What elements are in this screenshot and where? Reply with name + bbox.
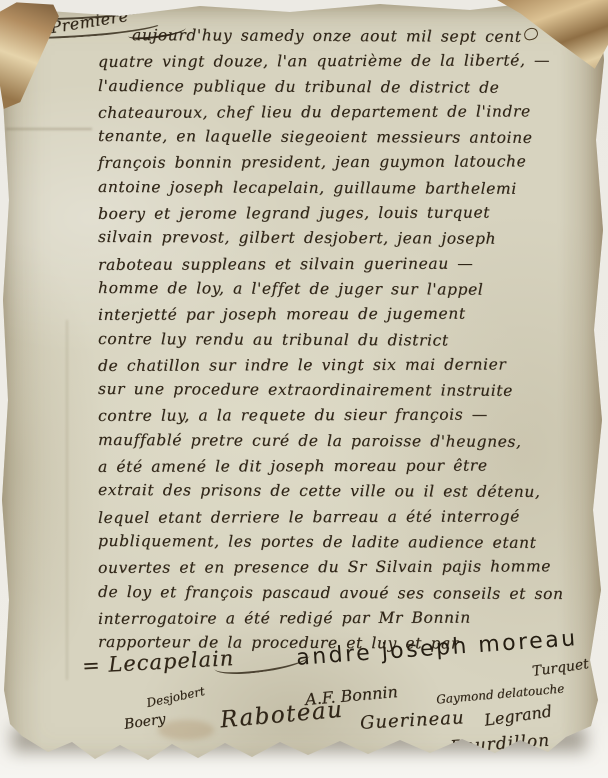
manuscript-line: tenante, en laquelle siegeoient messieur… xyxy=(98,124,590,151)
manuscript-line: a été amené le dit joseph moreau pour êt… xyxy=(98,453,590,480)
manuscript-line: l'audience publique du tribunal de distr… xyxy=(98,74,590,101)
signature-desjobert: Desjobert xyxy=(145,684,206,710)
scanned-manuscript: Premiere aujourd'huy samedy onze aout mi… xyxy=(0,0,608,778)
signature-legrand: Legrand xyxy=(483,701,553,729)
manuscript-line: publiquement, les portes de ladite audie… xyxy=(98,529,590,556)
manuscript-line: françois bonnin president, jean guymon l… xyxy=(98,150,590,177)
manuscript-line: contre luy, a la requete du sieur franço… xyxy=(98,403,590,430)
manuscript-line: de loy et françois pascaud avoué ses con… xyxy=(98,579,590,606)
signature-turquet: Turquet xyxy=(531,656,590,680)
manuscript-line: aujourd'huy samedy onze aout mil sept ce… xyxy=(98,23,590,50)
manuscript-line: contre luy rendu au tribunal du district xyxy=(98,326,590,353)
signature-raboteau: Raboteau xyxy=(219,697,344,734)
manuscript-body: aujourd'huy samedy onze aout mil sept ce… xyxy=(98,24,590,656)
manuscript-line: quatre vingt douze, l'an quatrième de la… xyxy=(98,48,590,75)
paper-crease xyxy=(6,128,92,130)
manuscript-line: chateauroux, chef lieu du departement de… xyxy=(98,99,590,126)
manuscript-line: raboteau suppleans et silvain guerineau … xyxy=(98,251,590,278)
manuscript-line: mauffablé pretre curé de la paroisse d'h… xyxy=(98,428,590,455)
manuscript-line: ouvertes et en presence du Sr Silvain pa… xyxy=(98,554,590,581)
manuscript-line: antoine joseph lecapelain, guillaume bar… xyxy=(98,175,590,202)
manuscript-line: lequel etant derriere le barreau a été i… xyxy=(98,504,590,531)
manuscript-line: interjetté par joseph moreau de jugement xyxy=(98,301,590,328)
manuscript-line: boery et jerome legrand juges, louis tur… xyxy=(98,200,590,227)
manuscript-line: sur une procedure extraordinairement ins… xyxy=(98,377,590,404)
manuscript-line: interrogatoire a été redigé par Mr Bonni… xyxy=(98,605,590,632)
paper-crease xyxy=(66,320,68,680)
manuscript-page: Premiere aujourd'huy samedy onze aout mi… xyxy=(0,0,608,778)
manuscript-line: homme de loy, a l'effet de juger sur l'a… xyxy=(98,276,590,303)
manuscript-line: de chatillon sur indre le vingt six mai … xyxy=(98,352,590,379)
signature-guerineau: Guerineau xyxy=(360,707,466,733)
manuscript-line: silvain prevost, gilbert desjobert, jean… xyxy=(98,225,590,252)
manuscript-line: extrait des prisons de cette ville ou il… xyxy=(98,478,590,505)
